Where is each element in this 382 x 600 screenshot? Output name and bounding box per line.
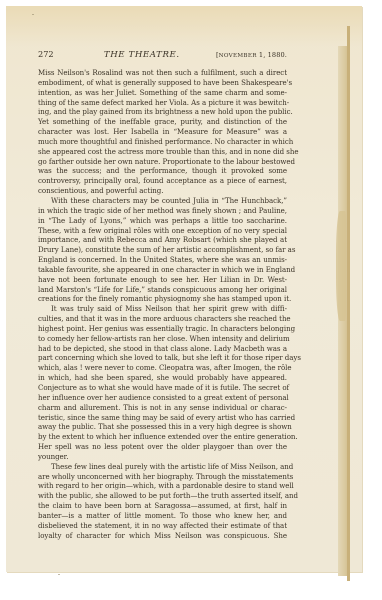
text-line: her influence over her audience consiste… (38, 393, 287, 403)
page-edge-stain (336, 211, 346, 321)
text-line: England is concerned. In the United Stat… (38, 255, 287, 265)
text-line: much more thoughtful and finished perfor… (38, 137, 287, 147)
text-line: With these characters may be counted Jul… (38, 196, 287, 206)
text-line: by the extent to which her influence ext… (38, 432, 287, 442)
text-line: Her spell was no less potent over the ol… (38, 442, 287, 452)
body-text: Miss Neilson's Rosalind was not then suc… (38, 68, 287, 541)
page-number: 272 (38, 49, 54, 59)
text-line: culties, and that it was in the more ard… (38, 314, 287, 324)
text-line: banter—is a matter of little moment. To … (38, 511, 287, 521)
text-line: in which, had she been spared, she would… (38, 373, 287, 383)
text-line: younger. (38, 452, 287, 462)
date-month: NOVEMBER (219, 53, 257, 59)
text-line: disbelieved the statement, it in no way … (38, 521, 287, 531)
text-line: in which the tragic side of her method w… (38, 206, 287, 216)
text-line: land Marston's “Life for Life,” stands c… (38, 285, 287, 295)
text-line: to comedy her fellow-artists ran her clo… (38, 334, 287, 344)
text-line: These, with a few original rôles with on… (38, 226, 287, 236)
running-header: 272 THE THEATRE. [NOVEMBER 1, 1880. (38, 49, 287, 61)
text-line: Miss Neilson's Rosalind was not then suc… (38, 68, 287, 78)
text-line: was the success; and the performance, th… (38, 166, 287, 176)
text-line: embodiment, of what is generally suppose… (38, 78, 287, 88)
scanned-page-image: 272 THE THEATRE. [NOVEMBER 1, 1880. Miss… (0, 0, 382, 600)
text-line: Conjecture as to what she would have mad… (38, 383, 287, 393)
running-title: THE THEATRE. (104, 50, 180, 60)
paper-fleck (32, 14, 34, 15)
text-line: It was truly said of Miss Neilson that h… (38, 304, 287, 314)
text-line: ing, and the play gained from its bright… (38, 107, 287, 117)
text-line: character was lost. Her Isabella in “Mea… (38, 127, 287, 137)
text-line: away the public. That she possessed this… (38, 422, 287, 432)
issue-date: [NOVEMBER 1, 1880. (216, 51, 287, 59)
paragraph: These few lines deal purely with the art… (38, 462, 287, 541)
text-line: Drury Lane), constitute the sum of her a… (38, 245, 287, 255)
text-line: which, alas ! were never to come. Cleopa… (38, 363, 287, 373)
text-line: controversy, principally oral, found acc… (38, 176, 287, 186)
text-line: intention, as was her Juliet. Something … (38, 88, 287, 98)
text-line: takable favourite, she appeared in one c… (38, 265, 287, 275)
text-line: with the public, she allowed to be put f… (38, 491, 287, 501)
page-text-block: 272 THE THEATRE. [NOVEMBER 1, 1880. Miss… (38, 49, 287, 541)
paragraph: With these characters may be counted Jul… (38, 196, 287, 304)
text-line: with regard to her origin—which, with a … (38, 481, 287, 491)
text-line: the claim to have been born at Saragossa… (38, 501, 287, 511)
date-rest: 1, 1880. (257, 51, 287, 59)
text-line: she appeared cost the actress more troub… (38, 147, 287, 157)
paragraph: Miss Neilson's Rosalind was not then suc… (38, 68, 287, 196)
text-line: importance, and with Rebecca and Amy Rob… (38, 235, 287, 245)
text-line: Yet something of the ineffable grace, pu… (38, 117, 287, 127)
text-line: charm and allurement. This is not in any… (38, 403, 287, 413)
text-line: part concerning which she loved to talk,… (38, 353, 287, 363)
page-edge-shadow (347, 26, 350, 581)
text-line: These few lines deal purely with the art… (38, 462, 287, 472)
text-line: have not been fortunate enough to see he… (38, 275, 287, 285)
paper-fleck (58, 574, 60, 575)
text-line: go farther outside her own nature. Propo… (38, 157, 287, 167)
text-line: in “The Lady of Lyons,” which was perhap… (38, 216, 287, 226)
text-line: are wholly unconcerned with her biograph… (38, 472, 287, 482)
text-line: had to be depicted, she stood in that cl… (38, 344, 287, 354)
text-line: loyalty of character for which Miss Neil… (38, 531, 287, 541)
text-line: conscientious, and powerful acting. (38, 186, 287, 196)
text-line: thing of the same defect marked her Viol… (38, 98, 287, 108)
text-line: highest point. Her genius was essentiall… (38, 324, 287, 334)
text-line: teristic, since the same thing may be sa… (38, 413, 287, 423)
text-line: creations for the finely romantic physio… (38, 294, 287, 304)
paragraph: It was truly said of Miss Neilson that h… (38, 304, 287, 462)
